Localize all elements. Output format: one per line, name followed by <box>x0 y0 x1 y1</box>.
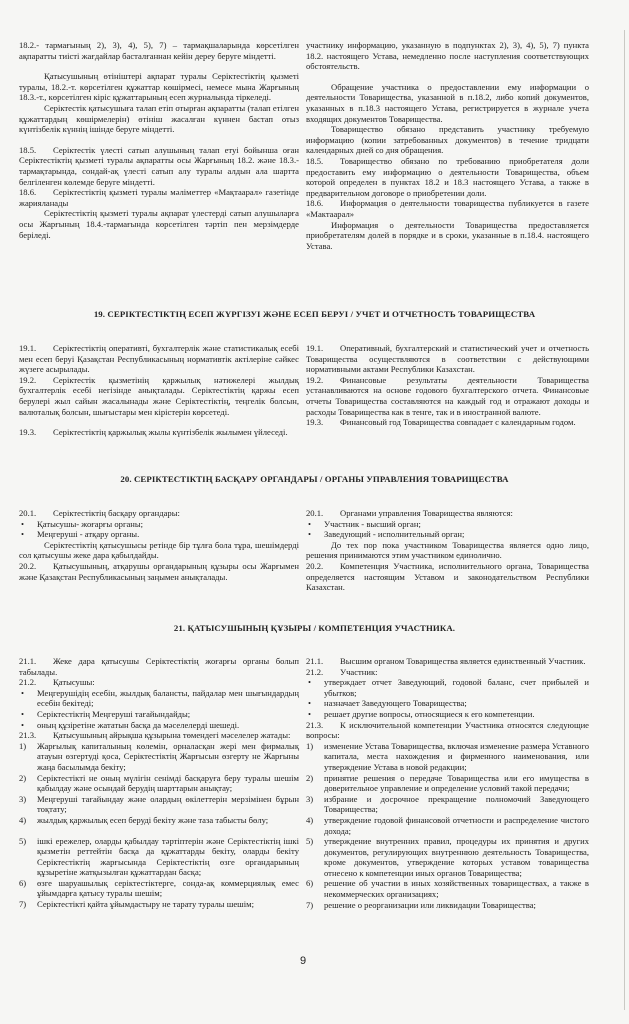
section-20-kz: 20.1.Серіктестіктің басқару органдары: Қ… <box>19 508 299 582</box>
bullet-item: Меңгеруші - атқару органы. <box>19 529 299 540</box>
clause-text: Қатысушының, атқарушы органдарының құзыр… <box>19 561 299 582</box>
clause-text: Серіктестіктің қаржылық жылы күнтізбелік… <box>53 427 288 437</box>
bullet-item: утверждает отчет Заведующий, годовой бал… <box>306 677 589 698</box>
numbered-item: 2)Серіктестікті не оның мүлігін сенімді … <box>19 773 299 794</box>
clause-text: Қатысушы: <box>53 677 95 687</box>
clause-number: 21.3. <box>306 720 340 731</box>
paragraph: 18.2.- тармағының 2), 3), 4), 5), 7) – т… <box>19 40 299 61</box>
clause-number: 18.6. <box>19 187 53 198</box>
paragraph: Қатысушының өтініштері ақпарат туралы Се… <box>19 71 299 103</box>
clause-text: Информация о деятельности товарищества п… <box>306 198 589 219</box>
clause-text: Финансовый год Товарищества совпадает с … <box>340 417 576 427</box>
document-page: 18.2.- тармағының 2), 3), 4), 5), 7) – т… <box>0 0 629 1024</box>
clause-number: 20.1. <box>306 508 340 519</box>
bullet-item: Меңгерушідің есебін, жылдық балансты, па… <box>19 688 299 709</box>
section-20-ru: 20.1.Органами управления Товарищества яв… <box>306 508 589 593</box>
bullet-item: Участник - высший орган; <box>306 519 589 530</box>
clause-text: Органами управления Товарищества являютс… <box>340 508 513 518</box>
numbered-item: 4)утверждение годовой финансовой отчетно… <box>306 815 589 836</box>
clause-18-5: 18.5.Серіктестік үлесті сатып алушының т… <box>19 145 299 187</box>
bullet-item: оның құзіретіне жататын басқа да мәселел… <box>19 720 299 731</box>
clause-number: 20.2. <box>306 561 340 572</box>
numbered-item: 3)избрание и досрочное прекращение полно… <box>306 794 589 815</box>
bullet-item: назначает Заведующего Товарищества; <box>306 698 589 709</box>
numbered-item: 6)өзге шаруашылық серіктестіктерге, сонд… <box>19 878 299 899</box>
clause-text: Серіктестіктің қызметі туралы мәліметтер… <box>19 187 299 208</box>
clause-number: 19.3. <box>306 417 340 428</box>
clause-text: Товарищество обязано по требованию приоб… <box>306 156 589 198</box>
section-20-heading: 20. СЕРІКТЕСТІКТІҢ БАСҚАРУ ОРГАНДАРЫ / О… <box>0 474 629 484</box>
paragraph: До тех пор пока участником Товарищества … <box>306 540 589 561</box>
bullet-item: Заведующий - исполнительный орган; <box>306 529 589 540</box>
clause-text: Серіктестік үлесті сатып алушының талап … <box>19 145 299 187</box>
numbered-item: 3)Меңгеруші тағайындау және олардың өкіл… <box>19 794 299 815</box>
paragraph: Серіктестіктің қызметі туралы ақпарат үл… <box>19 208 299 240</box>
clause-text: Серіктестіктің оперативті, бухгалтерлік … <box>19 343 299 374</box>
clause-number: 19.3. <box>19 427 53 438</box>
clause-number: 21.1. <box>19 656 53 667</box>
numbered-item: 1)изменение Устава Товарищества, включая… <box>306 741 589 773</box>
clause-18-5: 18.5.Товарищество обязано по требованию … <box>306 156 589 198</box>
bullet-item: Қатысушы- жоғарғы органы; <box>19 519 299 530</box>
numbered-item: 7)Серіктестікті қайта ұйымдастыру не тар… <box>19 899 299 910</box>
paragraph: Обращение участника о предоставлении ему… <box>306 82 589 124</box>
clause-text: Серіктестік қызметінің қаржылық нәтижеле… <box>19 375 299 417</box>
clause-text: Жеке дара қатысушы Серіктестіктің жоғарғ… <box>19 656 299 677</box>
numbered-item: 5)ішкі ережелер, оларды қабылдау тәртіпт… <box>19 836 299 878</box>
page-number: 9 <box>300 955 306 967</box>
clause-number: 21.3. <box>19 730 53 741</box>
clause-text: Компетенция Участника, исполнительного о… <box>306 561 589 592</box>
numbered-item: 2)принятие решения о передаче Товарищест… <box>306 773 589 794</box>
clause-text: Оперативный, бухгалтерский и статистичес… <box>306 343 589 374</box>
section-19-ru: 19.1.Оперативный, бухгалтерский и статис… <box>306 343 589 428</box>
numbered-item: 7)решение о реорганизации или ликвидации… <box>306 900 589 911</box>
paragraph: Информация о деятельности Товарищества п… <box>306 220 589 252</box>
numbered-item: 5)утверждение внутренних правил, процеду… <box>306 836 589 878</box>
section-18-ru: участнику информацию, указанную в подпун… <box>306 40 589 251</box>
clause-text: Высшим органом Товарищества является еди… <box>340 656 585 666</box>
section-21-ru: 21.1.Высшим органом Товарищества являетс… <box>306 656 589 910</box>
scan-edge-line <box>624 30 625 1010</box>
clause-number: 18.6. <box>306 198 340 209</box>
clause-text: Участник: <box>340 667 378 677</box>
clause-number: 19.1. <box>19 343 53 354</box>
clause-18-6: 18.6.Серіктестіктің қызметі туралы мәлім… <box>19 187 299 208</box>
clause-number: 21.2. <box>306 667 340 678</box>
clause-text: Финансовые результаты деятельности Товар… <box>306 375 589 417</box>
clause-number: 20.2. <box>19 561 53 572</box>
paragraph: Серіктестіктің қатысушысы ретінде бір тұ… <box>19 540 299 561</box>
clause-number: 18.5. <box>306 156 340 167</box>
numbered-item: 6)решение об участии в иных хозяйственны… <box>306 878 589 899</box>
paragraph: участнику информацию, указанную в подпун… <box>306 40 589 72</box>
bullet-item: Серіктестіктің Меңгеруші тағайындайды; <box>19 709 299 720</box>
clause-text: Қатысушының айрықша құзырына төмендегі м… <box>53 730 290 740</box>
numbered-item: 4)жылдық қаржылық есеп берудi бекiту жән… <box>19 815 299 826</box>
clause-number: 19.1. <box>306 343 340 354</box>
numbered-item: 1)Жарғылық капиталының көлемін, орналасқ… <box>19 741 299 773</box>
clause-number: 18.5. <box>19 145 53 156</box>
clause-number: 19.2. <box>306 375 340 386</box>
clause-number: 20.1. <box>19 508 53 519</box>
clause-text: Серіктестіктің басқару органдары: <box>53 508 180 518</box>
paragraph: Серіктестік қатысушыға талап етіп отырға… <box>19 103 299 135</box>
clause-18-6: 18.6.Информация о деятельности товарищес… <box>306 198 589 219</box>
section-21-heading: 21. ҚАТЫСУШЫНЫҢ ҚҰЗЫРЫ / КОМПЕТЕНЦИЯ УЧА… <box>0 623 629 633</box>
section-18-kz: 18.2.- тармағының 2), 3), 4), 5), 7) – т… <box>19 40 299 240</box>
clause-number: 21.1. <box>306 656 340 667</box>
section-19-heading: 19. СЕРІКТЕСТІКТІҢ ЕСЕП ЖҮРГІЗУІ ЖӘНЕ ЕС… <box>0 309 629 319</box>
section-21-kz: 21.1.Жеке дара қатысушы Серіктестіктің ж… <box>19 656 299 910</box>
bullet-item: решает другие вопросы, относящиеся к его… <box>306 709 589 720</box>
clause-number: 21.2. <box>19 677 53 688</box>
clause-number: 19.2. <box>19 375 53 386</box>
section-19-kz: 19.1.Серіктестіктің оперативті, бухгалте… <box>19 343 299 438</box>
clause-text: К исключительной компетенции Участника о… <box>306 720 589 741</box>
paragraph: Товарищество обязано представить участни… <box>306 124 589 156</box>
